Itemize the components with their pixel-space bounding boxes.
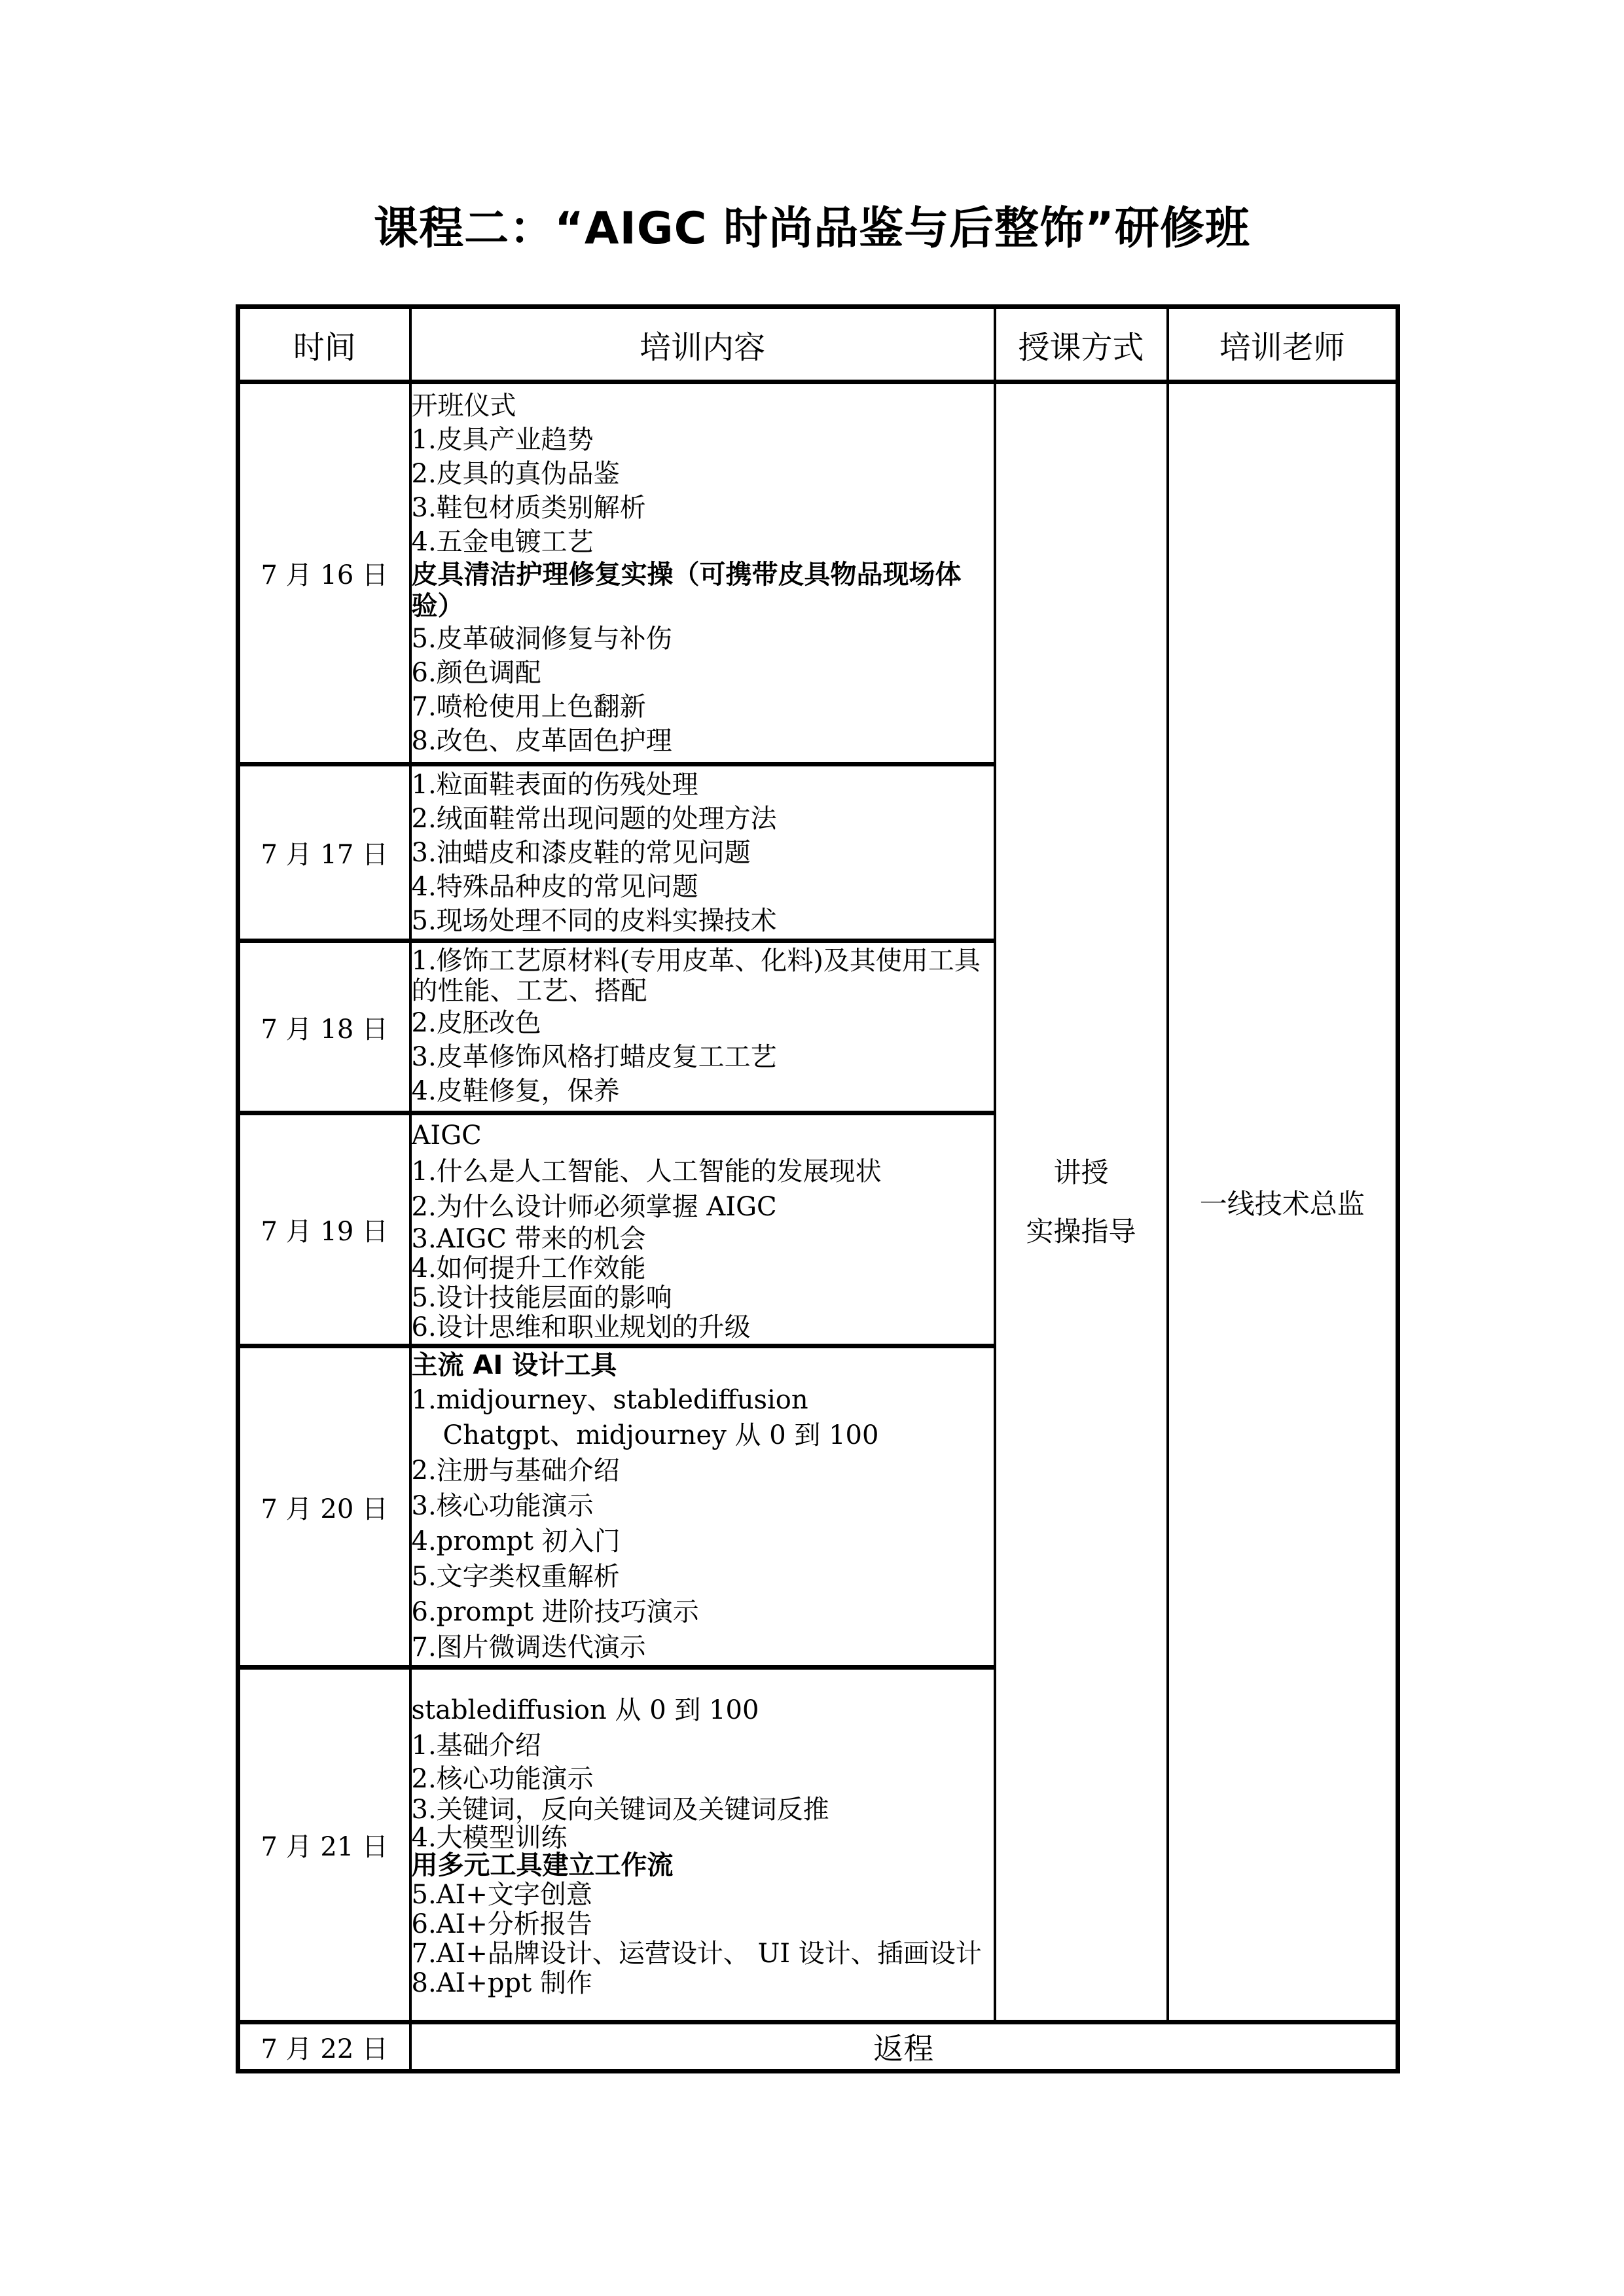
content-line: 4.特殊品种皮的常见问题 (412, 870, 994, 904)
content-line: 2.绒面鞋常出现问题的处理方法 (412, 802, 994, 836)
header-row: 时间 培训内容 授课方式 培训老师 (238, 307, 1398, 382)
teacher-cell: 一线技术总监 (1168, 382, 1398, 2022)
content-line: 2.为什么设计师必须掌握 AIGC (412, 1189, 994, 1225)
content-cell: AIGC 1.什么是人工智能、人工智能的发展现状 2.为什么设计师必须掌握 AI… (410, 1113, 995, 1346)
content-line: 1.基础介绍 (412, 1729, 994, 1763)
content-line: 1.粒面鞋表面的伤残处理 (412, 768, 994, 802)
content-line: 4.五金电镀工艺 (412, 525, 994, 559)
content-line: 5.设计技能层面的影响 (412, 1283, 994, 1313)
date-cell: 7 月 16 日 (238, 382, 410, 764)
content-line: 2.皮胚改色 (412, 1006, 994, 1040)
content-line: 4.大模型训练 (412, 1825, 994, 1851)
date-cell: 7 月 19 日 (238, 1113, 410, 1346)
header-method: 授课方式 (995, 307, 1168, 382)
content-line: 5.文字类权重解析 (412, 1559, 994, 1594)
content-cell: 主流 AI 设计工具 1.midjourney、stablediffusion … (410, 1346, 995, 1668)
content-line: 3.核心功能演示 (412, 1488, 994, 1524)
return-trip-cell: 返程 (410, 2022, 1398, 2072)
content-line: 1.midjourney、stablediffusion (412, 1382, 994, 1418)
content-section-heading: 主流 AI 设计工具 (412, 1348, 994, 1382)
content-cell: stablediffusion 从 0 到 100 1.基础介绍 2.核心功能演… (410, 1668, 995, 2022)
method-cell: 讲授 实操指导 (995, 382, 1168, 2022)
date-cell: 7 月 20 日 (238, 1346, 410, 1668)
date-cell: 7 月 21 日 (238, 1668, 410, 2022)
content-line: 1.什么是人工智能、人工智能的发展现状 (412, 1154, 994, 1189)
content-section-heading: 皮具清洁护理修复实操（可携带皮具物品现场体验） (412, 559, 994, 622)
header-time: 时间 (238, 307, 410, 382)
method-lecture: 讲授 (996, 1143, 1166, 1202)
table-row: 7 月 16 日 开班仪式 1.皮具产业趋势 2.皮具的真伪品鉴 3.鞋包材质类… (238, 382, 1398, 764)
content-line: stablediffusion 从 0 到 100 (412, 1692, 994, 1729)
content-line: 3.鞋包材质类别解析 (412, 491, 994, 525)
content-line: 开班仪式 (412, 389, 994, 423)
content-line: 8.改色、皮革固色护理 (412, 724, 994, 758)
content-line: 2.注册与基础介绍 (412, 1453, 994, 1488)
content-line: 4.prompt 初入门 (412, 1524, 994, 1559)
content-line: 3.油蜡皮和漆皮鞋的常见问题 (412, 836, 994, 870)
method-practice: 实操指导 (996, 1202, 1166, 1261)
table-row: 7 月 22 日 返程 (238, 2022, 1398, 2072)
content-line: Chatgpt、midjourney 从 0 到 100 (412, 1418, 994, 1453)
header-content: 培训内容 (410, 307, 995, 382)
date-cell: 7 月 17 日 (238, 764, 410, 941)
date-cell: 7 月 22 日 (238, 2022, 410, 2072)
content-line: 8.AI+ppt 制作 (412, 1969, 994, 1998)
content-line: 3.关键词，反向关键词及关键词反推 (412, 1795, 994, 1825)
content-line: 6.AI+分析报告 (412, 1910, 994, 1939)
content-line: 2.皮具的真伪品鉴 (412, 457, 994, 491)
content-line: 3.AIGC 带来的机会 (412, 1225, 994, 1254)
content-line: 6.prompt 进阶技巧演示 (412, 1594, 994, 1630)
date-cell: 7 月 18 日 (238, 941, 410, 1113)
content-line: 7.AI+品牌设计、运营设计、 UI 设计、插画设计 (412, 1939, 994, 1969)
schedule-table: 时间 培训内容 授课方式 培训老师 7 月 16 日 开班仪式 1.皮具产业趋势… (236, 304, 1400, 2073)
content-line: 1.皮具产业趋势 (412, 423, 994, 457)
content-line: 4.如何提升工作效能 (412, 1254, 994, 1283)
content-line: AIGC (412, 1117, 994, 1154)
content-line: 7.图片微调迭代演示 (412, 1630, 994, 1665)
page-title: 课程二：“AIGC 时尚品鉴与后整饰”研修班 (0, 196, 1624, 262)
content-line: 5.皮革破洞修复与补伤 (412, 622, 994, 656)
header-teacher: 培训老师 (1168, 307, 1398, 382)
content-cell: 1.修饰工艺原材料(专用皮革、化料)及其使用工具的性能、工艺、搭配 2.皮胚改色… (410, 941, 995, 1113)
content-line: 5.AI+文字创意 (412, 1880, 994, 1910)
content-cell: 开班仪式 1.皮具产业趋势 2.皮具的真伪品鉴 3.鞋包材质类别解析 4.五金电… (410, 382, 995, 764)
content-cell: 1.粒面鞋表面的伤残处理 2.绒面鞋常出现问题的处理方法 3.油蜡皮和漆皮鞋的常… (410, 764, 995, 941)
content-line: 7.喷枪使用上色翻新 (412, 690, 994, 724)
content-line: 6.设计思维和职业规划的升级 (412, 1313, 994, 1342)
content-section-heading: 用多元工具建立工作流 (412, 1851, 994, 1880)
content-line: 6.颜色调配 (412, 656, 994, 690)
content-line: 3.皮革修饰风格打蜡皮复工工艺 (412, 1040, 994, 1074)
content-line: 5.现场处理不同的皮料实操技术 (412, 904, 994, 938)
content-line: 4.皮鞋修复，保养 (412, 1074, 994, 1108)
content-line: 2.核心功能演示 (412, 1763, 994, 1795)
content-line: 1.修饰工艺原材料(专用皮革、化料)及其使用工具的性能、工艺、搭配 (412, 946, 994, 1006)
